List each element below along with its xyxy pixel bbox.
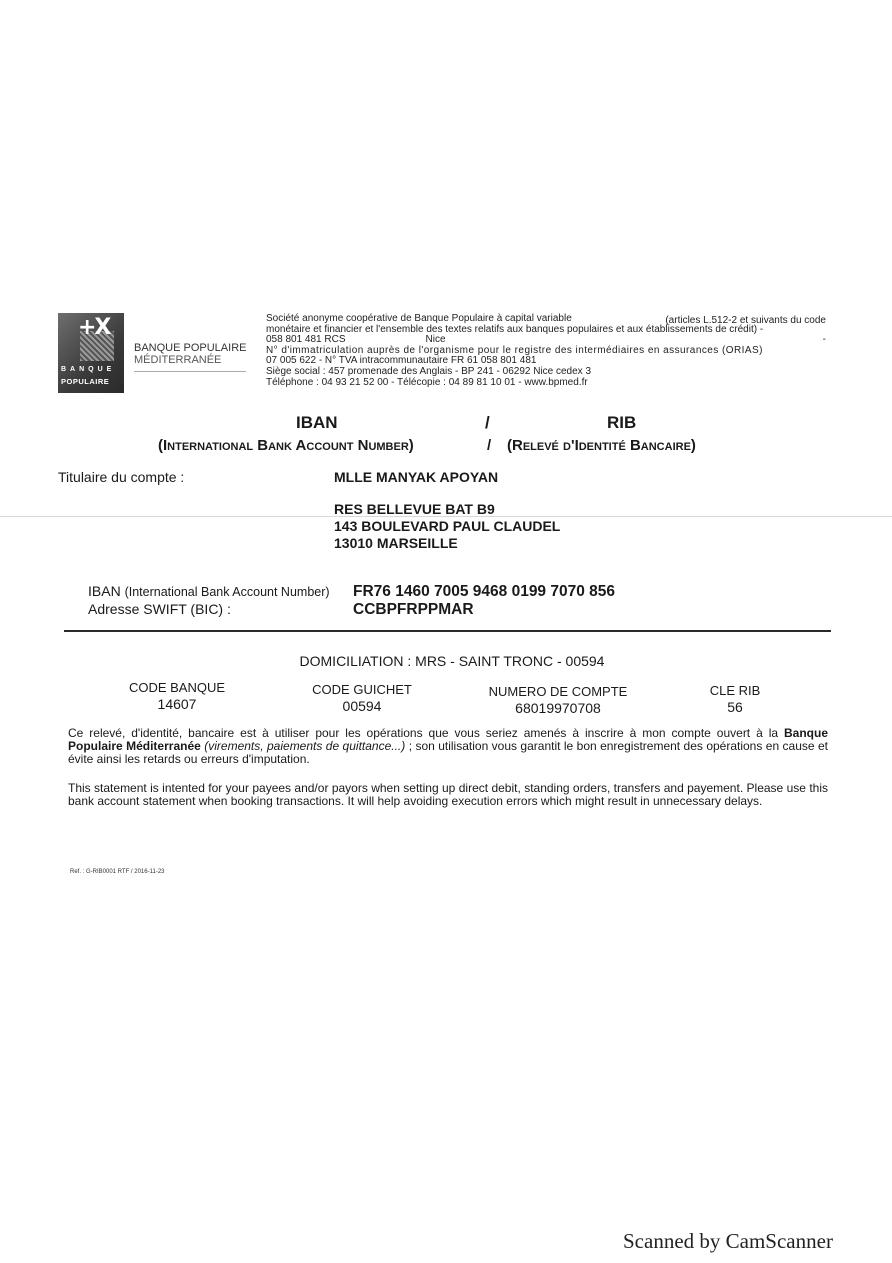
code-guichet-value: 00594 [303, 698, 421, 714]
brand-line-1: BANQUE POPULAIRE [134, 342, 246, 354]
code-guichet-label: CODE GUICHET [303, 682, 421, 698]
code-banque: CODE BANQUE 14607 [118, 680, 236, 712]
brand-name: BANQUE POPULAIRE MÉDITERRANÉE [134, 342, 246, 366]
notice-french: Ce relevé, d'identité, bancaire est à ut… [68, 727, 828, 766]
notice-english: This statement is intented for your paye… [68, 782, 828, 808]
title-rib-full: (Relevé d'Identité Bancaire) [507, 437, 696, 454]
legal-header: Société anonyme coopérative de Banque Po… [266, 314, 826, 388]
title-iban-full: (International Bank Account Number) [158, 437, 414, 454]
logo-mark: +X [78, 315, 109, 340]
cle-rib: CLE RIB 56 [695, 683, 775, 715]
numero-de-compte-label: NUMERO DE COMPTE [478, 684, 638, 700]
cle-rib-value: 56 [695, 699, 775, 715]
title-slash: / [485, 413, 490, 433]
document-reference: Ref. : G-RIB0001 RTF / 2016-11-23 [70, 869, 165, 875]
title-iban: IBAN [296, 413, 338, 433]
legal-line-1b: (articles L.512-2 et suivants du code [665, 316, 826, 327]
code-banque-value: 14607 [118, 696, 236, 712]
account-values: FR76 1460 7005 9468 0199 7070 856 CCBPFR… [353, 583, 615, 619]
domiciliation: DOMICILIATION : MRS - SAINT TRONC - 0059… [0, 653, 892, 669]
numero-de-compte-value: 68019970708 [478, 700, 638, 716]
logo-word-banque: BANQUE [61, 366, 115, 373]
iban-value: FR76 1460 7005 9468 0199 7070 856 [353, 583, 615, 601]
title-rib: RIB [607, 413, 636, 433]
address-line-2: 143 BOULEVARD PAUL CLAUDEL [334, 518, 560, 535]
holder-name: MLLE MANYAK APOYAN [334, 469, 498, 485]
brand-underline [134, 371, 246, 372]
numero-de-compte: NUMERO DE COMPTE 68019970708 [478, 684, 638, 716]
legal-line-7: Téléphone : 04 93 21 52 00 - Télécopie :… [266, 378, 826, 389]
notice-fr-part1: Ce relevé, d'identité, bancaire est à ut… [68, 726, 784, 740]
brand-line-2: MÉDITERRANÉE [134, 354, 246, 366]
holder-label: Titulaire du compte : [58, 469, 184, 485]
notice-fr-italic: (virements, paiements de quittance...) [201, 739, 405, 753]
legal-line-3c: - [823, 335, 826, 346]
iban-label-note: (International Bank Account Number) [125, 585, 330, 599]
logo-word-populaire: POPULAIRE [61, 377, 109, 386]
legal-line-6: Siège social : 457 promenade des Anglais… [266, 367, 826, 378]
iban-label: IBAN (International Bank Account Number) [88, 583, 330, 601]
legal-line-1a: Société anonyme coopérative de Banque Po… [266, 314, 572, 325]
camscanner-watermark: Scanned by CamScanner [623, 1229, 833, 1254]
bank-logo: +X BANQUE POPULAIRE [58, 313, 124, 393]
legal-line-1: Société anonyme coopérative de Banque Po… [266, 314, 826, 325]
title-slash-2: / [487, 437, 491, 454]
bic-label: Adresse SWIFT (BIC) : [88, 601, 330, 618]
address-line-1: RES BELLEVUE BAT B9 [334, 501, 560, 518]
code-banque-label: CODE BANQUE [118, 680, 236, 696]
iban-label-text: IBAN [88, 583, 121, 599]
account-labels: IBAN (International Bank Account Number)… [88, 583, 330, 618]
cle-rib-label: CLE RIB [695, 683, 775, 699]
code-guichet: CODE GUICHET 00594 [303, 682, 421, 714]
bic-value: CCBPFRPPMAR [353, 601, 615, 619]
address-line-3: 13010 MARSEILLE [334, 535, 560, 552]
section-divider [64, 630, 831, 632]
holder-address: RES BELLEVUE BAT B9 143 BOULEVARD PAUL C… [334, 501, 560, 552]
